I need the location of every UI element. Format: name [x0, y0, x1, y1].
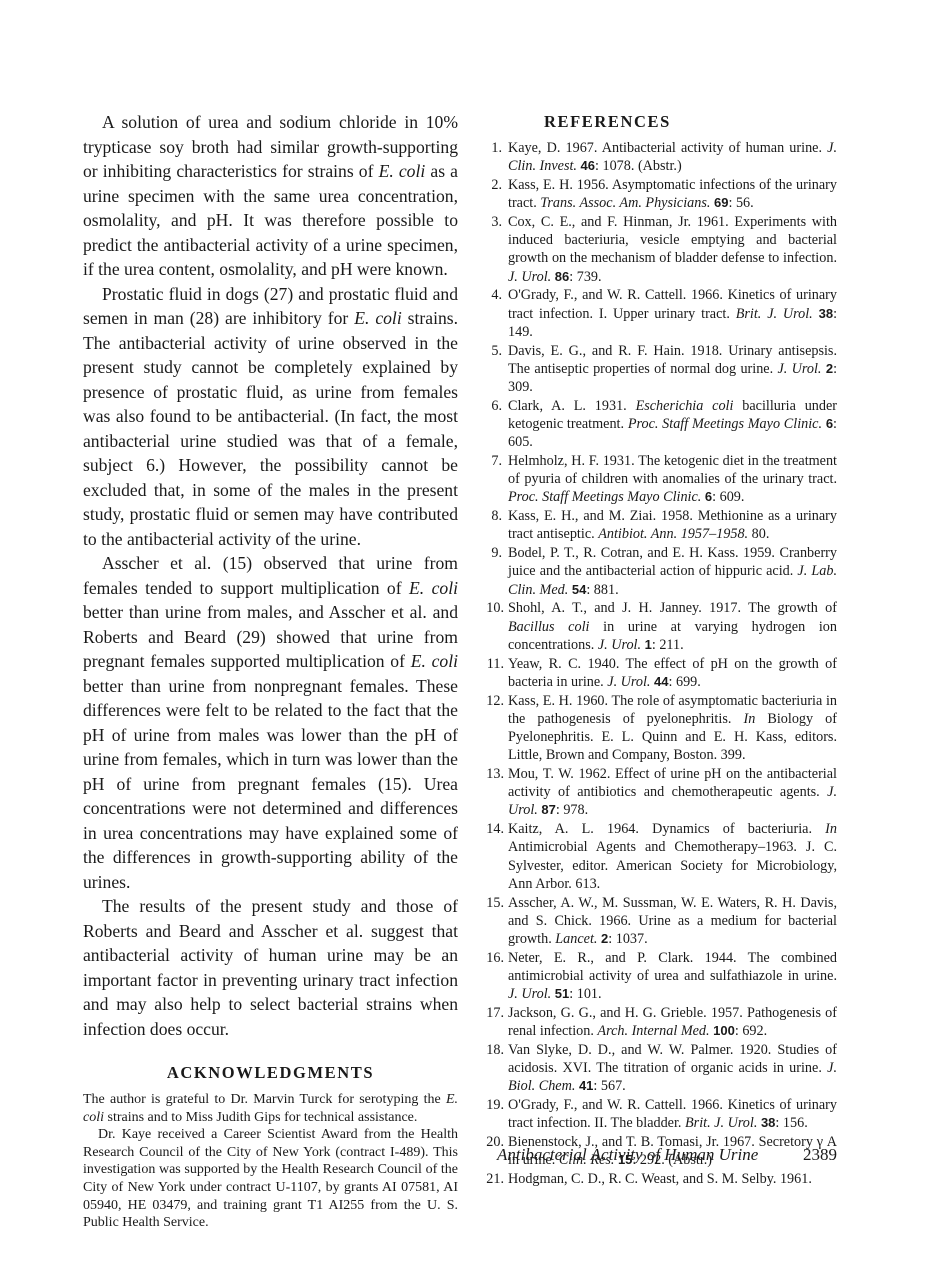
reference-pages: : 1037.: [608, 931, 647, 947]
volume-number: 87: [541, 802, 555, 817]
journal-name: Brit. J. Urol.: [736, 306, 813, 322]
journal-name: Arch. Internal Med.: [597, 1023, 709, 1039]
journal-name: Lancet.: [555, 931, 597, 947]
body-paragraph-2: Prostatic fluid in dogs (27) and prostat…: [83, 282, 458, 552]
reference-number: 5.: [486, 342, 502, 360]
reference-number: 12.: [480, 692, 504, 710]
reference-item: 14.Kaitz, A. L. 1964. Dynamics of bacter…: [480, 820, 837, 893]
reference-text: Mou, T. W. 1962. Effect of urine pH on t…: [508, 766, 837, 800]
reference-pages: : 692.: [735, 1023, 767, 1039]
body-paragraph-1: A solution of urea and sodium chloride i…: [83, 110, 458, 282]
right-column: REFERENCES 1.Kaye, D. 1967. Antibacteria…: [480, 110, 837, 1189]
reference-pages: : 978.: [556, 802, 588, 818]
reference-item: 12.Kass, E. H. 1960. The role of asympto…: [480, 692, 837, 765]
reference-pages: : 156.: [775, 1115, 807, 1131]
reference-italic: Bacillus coli: [508, 619, 589, 635]
reference-number: 21.: [480, 1170, 504, 1188]
volume-number: 1: [645, 637, 652, 652]
reference-text: Shohl, A. T., and J. H. Janney. 1917. Th…: [508, 600, 837, 616]
reference-text: Bodel, P. T., R. Cotran, and E. H. Kass.…: [508, 545, 837, 579]
volume-number: 41: [579, 1078, 593, 1093]
reference-item: 5.Davis, E. G., and R. F. Hain. 1918. Ur…: [480, 342, 837, 397]
journal-name: Proc. Staff Meetings Mayo Clinic.: [508, 489, 701, 505]
volume-number: 38: [761, 1115, 775, 1130]
reference-item: 2.Kass, E. H. 1956. Asymptomatic infecti…: [480, 176, 837, 212]
reference-italic: Escherichia coli: [636, 398, 734, 414]
reference-pages: : 211.: [652, 637, 684, 653]
reference-text: Kaye, D. 1967. Antibacterial activity of…: [508, 140, 827, 156]
reference-number: 15.: [480, 894, 504, 912]
reference-number: 14.: [480, 820, 504, 838]
reference-number: 19.: [480, 1096, 504, 1114]
reference-item: 17.Jackson, G. G., and H. G. Grieble. 19…: [480, 1004, 837, 1040]
volume-number: 46: [581, 158, 595, 173]
reference-text: Kaitz, A. L. 1964. Dynamics of bacteriur…: [508, 821, 825, 837]
journal-name: J. Urol.: [598, 637, 641, 653]
reference-number: 13.: [480, 765, 504, 783]
page-number: 2389: [803, 1145, 837, 1165]
reference-item: 13.Mou, T. W. 1962. Effect of urine pH o…: [480, 765, 837, 820]
acknowledgments-paragraph-1: The author is grateful to Dr. Marvin Tur…: [83, 1091, 458, 1126]
journal-name: J. Urol.: [508, 269, 551, 285]
reference-pages: : 567.: [593, 1078, 625, 1094]
volume-number: 86: [555, 269, 569, 284]
reference-item: 8.Kass, E. H., and M. Ziai. 1958. Methio…: [480, 507, 837, 543]
journal-name: Antibiot. Ann. 1957–1958.: [598, 526, 748, 542]
species-name: E. coli: [379, 161, 426, 181]
species-name: E. coli: [354, 308, 401, 328]
reference-pages: 80.: [748, 526, 769, 542]
reference-number: 4.: [486, 286, 502, 304]
volume-number: 44: [654, 674, 668, 689]
journal-name: J. Urol.: [508, 986, 551, 1002]
reference-pages: : 699.: [669, 674, 701, 690]
reference-number: 7.: [486, 452, 502, 470]
reference-number: 6.: [486, 397, 502, 415]
reference-number: 1.: [486, 139, 502, 157]
reference-number: 8.: [486, 507, 502, 525]
reference-item: 10.Shohl, A. T., and J. H. Janney. 1917.…: [480, 599, 837, 654]
reference-pages: : 881.: [586, 582, 618, 598]
journal-name: J. Urol.: [607, 674, 650, 690]
reference-text: Clark, A. L. 1931.: [508, 398, 636, 414]
reference-text: Cox, C. E., and F. Hinman, Jr. 1961. Exp…: [508, 214, 837, 266]
reference-item: 16.Neter, E. R., and P. Clark. 1944. The…: [480, 949, 837, 1004]
page-footer: Antibacterial Activity of Human Urine 23…: [497, 1145, 837, 1165]
species-name: E. coli: [409, 578, 458, 598]
reference-pages: : 609.: [712, 489, 744, 505]
volume-number: 100: [713, 1023, 735, 1038]
reference-item: 1.Kaye, D. 1967. Antibacterial activity …: [480, 139, 837, 175]
journal-name: Proc. Staff Meetings Mayo Clinic.: [628, 416, 822, 432]
body-paragraph-4: The results of the present study and tho…: [83, 894, 458, 1041]
journal-name: J. Urol.: [777, 361, 821, 377]
volume-number: 38: [819, 306, 833, 321]
reference-text: Van Slyke, D. D., and W. W. Palmer. 1920…: [508, 1042, 837, 1076]
reference-text: Helmholz, H. F. 1931. The ketogenic diet…: [508, 453, 837, 487]
reference-number: 17.: [480, 1004, 504, 1022]
reference-number: 2.: [486, 176, 502, 194]
species-name: E. coli: [411, 651, 458, 671]
reference-item: 7.Helmholz, H. F. 1931. The ketogenic di…: [480, 452, 837, 507]
reference-number: 16.: [480, 949, 504, 967]
reference-pages: : 739.: [569, 269, 601, 285]
journal-name: Brit. J. Urol.: [685, 1115, 757, 1131]
references-heading: REFERENCES: [480, 112, 837, 132]
reference-item: 21.Hodgman, C. D., R. C. Weast, and S. M…: [480, 1170, 837, 1188]
volume-number: 54: [572, 582, 586, 597]
reference-item: 11.Yeaw, R. C. 1940. The effect of pH on…: [480, 655, 837, 691]
volume-number: 6: [826, 416, 833, 431]
references-list: 1.Kaye, D. 1967. Antibacterial activity …: [480, 139, 837, 1188]
left-column: A solution of urea and sodium chloride i…: [83, 110, 458, 1232]
reference-item: 3.Cox, C. E., and F. Hinman, Jr. 1961. E…: [480, 213, 837, 286]
reference-number: 3.: [486, 213, 502, 231]
reference-number: 11.: [480, 655, 504, 673]
reference-item: 9.Bodel, P. T., R. Cotran, and E. H. Kas…: [480, 544, 837, 599]
journal-name: Trans. Assoc. Am. Physicians.: [540, 195, 710, 211]
reference-text: Neter, E. R., and P. Clark. 1944. The co…: [508, 950, 837, 984]
reference-item: 6.Clark, A. L. 1931. Escherichia coli ba…: [480, 397, 837, 452]
reference-number: 9.: [486, 544, 502, 562]
reference-pages: : 101.: [569, 986, 601, 1002]
reference-item: 15.Asscher, A. W., M. Sussman, W. E. Wat…: [480, 894, 837, 949]
reference-italic: In: [825, 821, 837, 837]
journal-page: A solution of urea and sodium chloride i…: [0, 0, 936, 1261]
reference-number: 10.: [480, 599, 504, 617]
reference-italic: In: [743, 711, 755, 727]
reference-pages: : 56.: [728, 195, 753, 211]
volume-number: 51: [555, 986, 569, 1001]
body-paragraph-3: Asscher et al. (15) observed that urine …: [83, 551, 458, 894]
reference-text: Antimicrobial Agents and Chemotherapy–19…: [508, 839, 837, 891]
reference-item: 18.Van Slyke, D. D., and W. W. Palmer. 1…: [480, 1041, 837, 1096]
acknowledgments-heading: ACKNOWLEDGMENTS: [83, 1063, 458, 1083]
volume-number: 69: [714, 195, 728, 210]
reference-text: Hodgman, C. D., R. C. Weast, and S. M. S…: [508, 1171, 812, 1187]
volume-number: 2: [826, 361, 833, 376]
reference-item: 19.O'Grady, F., and W. R. Cattell. 1966.…: [480, 1096, 837, 1132]
reference-number: 18.: [480, 1041, 504, 1059]
running-title: Antibacterial Activity of Human Urine: [497, 1145, 758, 1164]
reference-pages: : 1078. (Abstr.): [595, 158, 682, 174]
reference-item: 4.O'Grady, F., and W. R. Cattell. 1966. …: [480, 286, 837, 341]
acknowledgments-paragraph-2: Dr. Kaye received a Career Scientist Awa…: [83, 1126, 458, 1232]
